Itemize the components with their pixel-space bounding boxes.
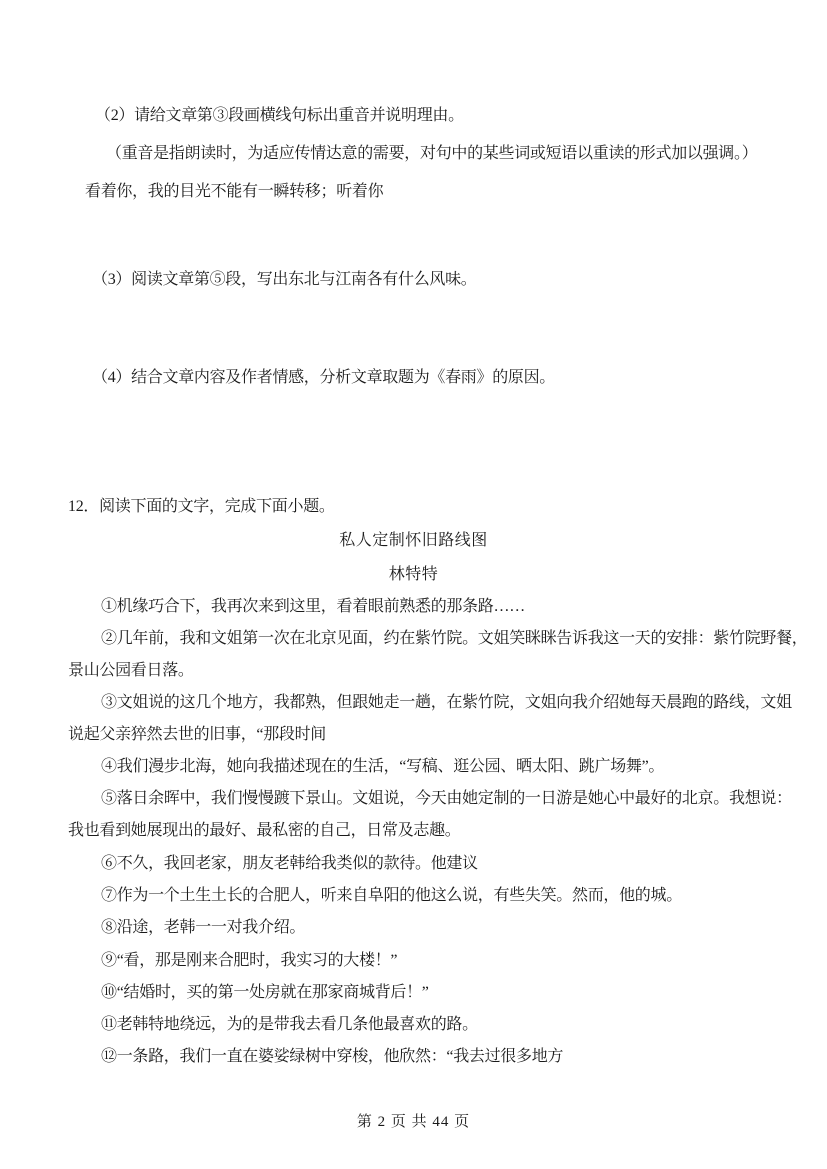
question-4-prompt: （4）结合文章内容及作者情感，分析文章取题为《春雨》的原因。 bbox=[92, 368, 555, 388]
exam-document-page: （2）请给文章第③段画横线句标出重音并说明理由。 （重音是指朗读时，为适应传情达… bbox=[0, 0, 827, 1169]
article-line-p2-2: 景山公园看日落。 bbox=[68, 661, 194, 681]
article-line-p6: ⑥不久，我回老家，朋友老韩给我类似的款待。他建议 bbox=[101, 854, 478, 874]
question-3-prompt: （3）阅读文章第⑤段，写出东北与江南各有什么风味。 bbox=[92, 270, 477, 290]
article-line-p1: ①机缘巧合下，我再次来到这里，看着眼前熟悉的那条路…… bbox=[101, 597, 525, 617]
article-line-p3-2: 说起父亲猝然去世的旧事，“那段时间 bbox=[68, 725, 326, 745]
article-line-p7: ⑦作为一个土生土长的合肥人，听来自阜阳的他这么说，有些失笑。然而，他的城。 bbox=[101, 886, 682, 906]
article-line-p5-2: 我也看到她展现出的最好、最私密的自己，日常及志趣。 bbox=[68, 821, 461, 841]
article-title: 私人定制怀旧路线图 bbox=[0, 531, 827, 551]
article-line-p12: ⑫一条路，我们一直在婆娑绿树中穿梭，他欣然：“我去过很多地方 bbox=[101, 1047, 563, 1067]
question-2-prompt: （2）请给文章第③段画横线句标出重音并说明理由。 bbox=[95, 106, 464, 126]
article-line-p8: ⑧沿途，老韩一一对我介绍。 bbox=[101, 918, 305, 938]
article-author: 林特特 bbox=[0, 565, 827, 585]
article-line-p9: ⑨“看，那是刚来合肥时，我实习的大楼！” bbox=[101, 951, 397, 971]
article-line-p2-1: ②几年前，我和文姐第一次在北京见面，约在紫竹院。文姐笑眯眯告诉我这一天的安排：紫… bbox=[101, 629, 808, 649]
article-line-p4: ④我们漫步北海，她向我描述现在的生活，“写稿、逛公园、晒太阳、跳广场舞”。 bbox=[101, 757, 664, 777]
question-2-note: （重音是指朗读时，为适应传情达意的需要，对句中的某些词或短语以重读的形式加以强调… bbox=[106, 144, 757, 164]
article-line-p11: ⑪老韩特地绕远，为的是带我去看几条他最喜欢的路。 bbox=[101, 1015, 478, 1035]
question-12-intro: 12．阅读下面的文字，完成下面小题。 bbox=[68, 497, 335, 517]
page-footer: 第 2 页 共 44 页 bbox=[0, 1112, 827, 1132]
article-line-p3-1: ③文姐说的这几个地方，我都熟，但跟她走一趟，在紫竹院，文姐向我介绍她每天晨跑的路… bbox=[101, 693, 792, 713]
article-line-p10: ⑩“结婚时，买的第一处房就在那家商城背后！” bbox=[101, 983, 429, 1003]
question-2-excerpt: 看着你，我的目光不能有一瞬转移；听着你 bbox=[85, 182, 383, 202]
article-line-p5-1: ⑤落日余晖中，我们慢慢踱下景山。文姐说，今天由她定制的一日游是她心中最好的北京。… bbox=[101, 789, 792, 809]
